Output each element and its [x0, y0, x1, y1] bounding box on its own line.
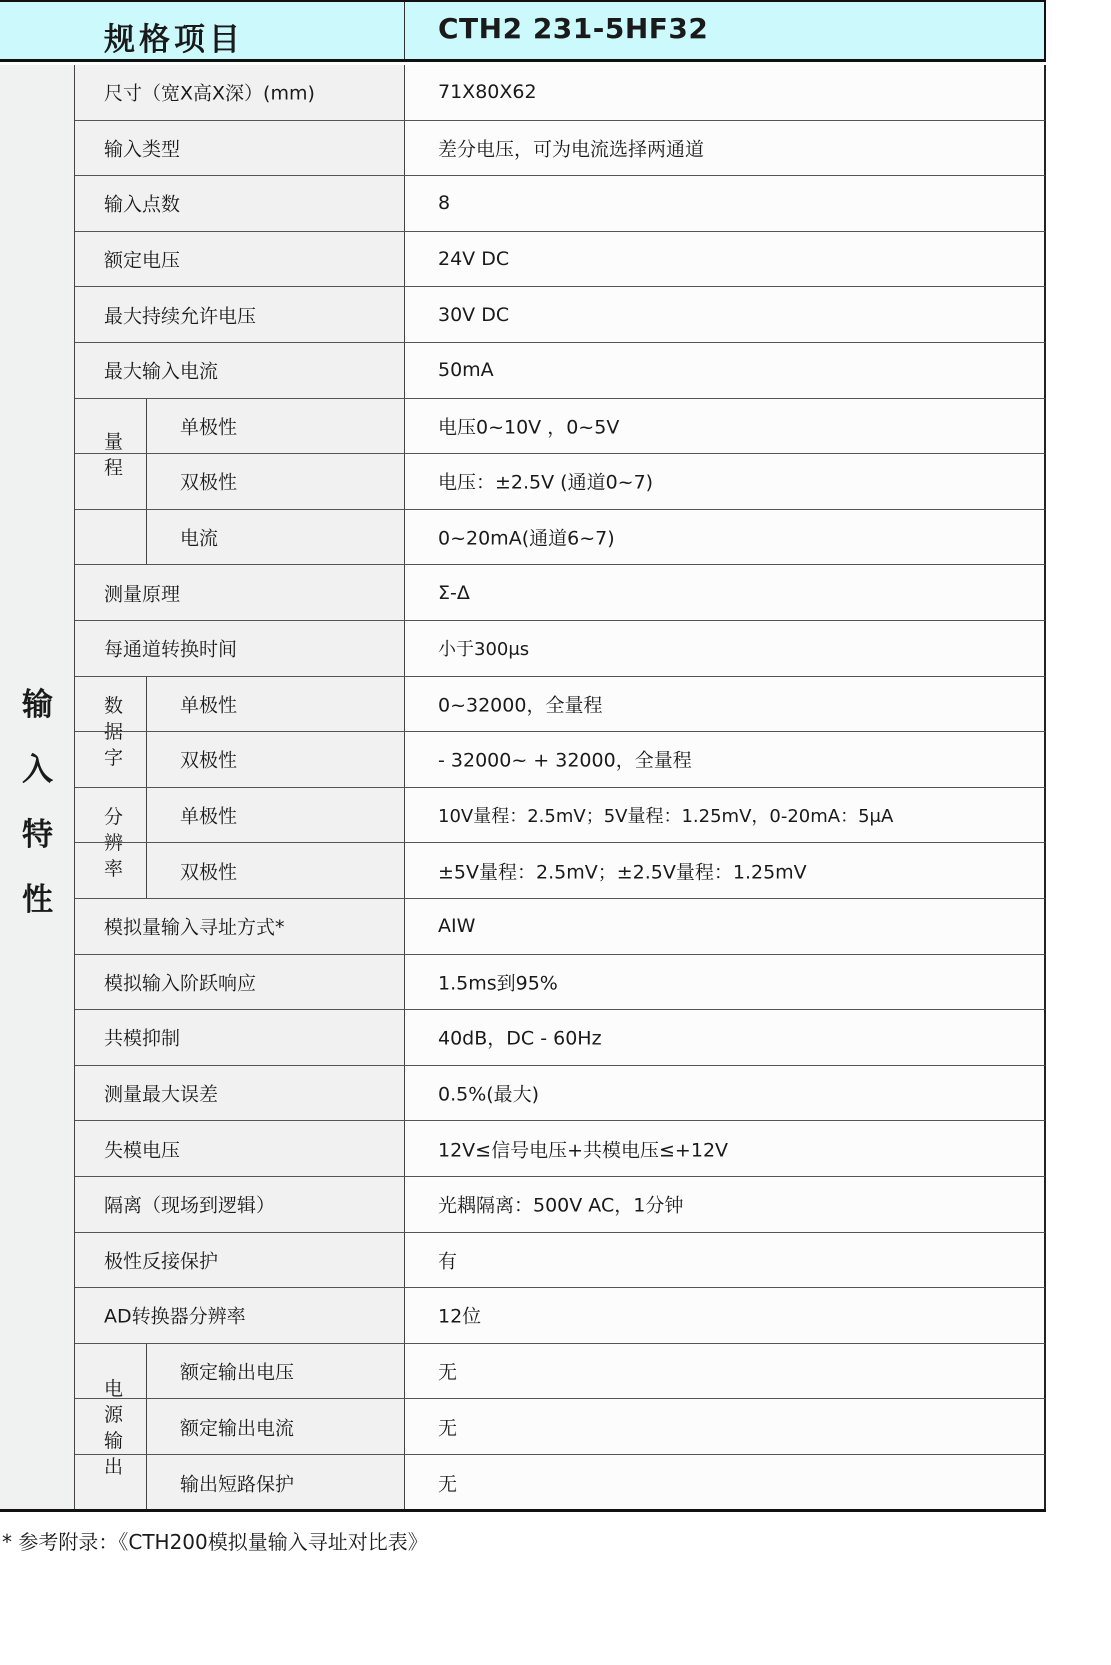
spec-value: 光耦隔离：500V AC，1分钟: [438, 1191, 683, 1218]
spec-value: 50mA: [438, 359, 494, 381]
spec-row-range-unipolar: 单极性 电压0~10V ，0~5V: [75, 399, 1046, 455]
group-input-characteristics: 输 入 特 性: [0, 65, 75, 1510]
spec-value: 71X80X62: [438, 81, 537, 103]
spec-value: 8: [438, 192, 450, 214]
spec-label: 最大输入电流: [104, 357, 218, 384]
spec-value: 12V≤信号电压+共模电压≤+12V: [438, 1135, 728, 1162]
spec-row-adc-resolution: AD转换器分辨率 12位: [75, 1288, 1046, 1344]
spec-label: 尺寸（宽X高X深）(mm): [104, 79, 315, 106]
spec-row-range-bipolar: 双极性 电压：±2.5V (通道0~7): [75, 454, 1046, 510]
spec-label: 输出短路保护: [180, 1469, 294, 1496]
spec-value: 有: [438, 1246, 457, 1273]
spec-value: Σ-Δ: [438, 582, 470, 604]
spec-value: 40dB，DC - 60Hz: [438, 1024, 602, 1051]
spec-row-input-points: 输入点数 8: [75, 176, 1046, 232]
spec-value: 12位: [438, 1302, 481, 1329]
spec-row-measurement-principle: 测量原理 Σ-Δ: [75, 565, 1046, 621]
spec-row-rated-output-voltage: 额定输出电压 无: [75, 1344, 1046, 1400]
spec-label: AD转换器分辨率: [104, 1302, 246, 1329]
spec-value: AIW: [438, 915, 475, 937]
spec-row-range-current: 电流 0~20mA(通道6~7): [75, 510, 1046, 566]
spec-value: 0.5%(最大): [438, 1080, 539, 1107]
spec-label: 每通道转换时间: [104, 635, 237, 662]
group-label-char: 特: [0, 803, 75, 868]
spec-row-max-error: 测量最大误差 0.5%(最大): [75, 1066, 1046, 1122]
spec-row-rated-output-current: 额定输出电流 无: [75, 1399, 1046, 1455]
spec-row-input-type: 输入类型 差分电压，可为电流选择两通道: [75, 121, 1046, 177]
spec-row-conversion-time: 每通道转换时间 小于300μs: [75, 621, 1046, 677]
spec-value: 30V DC: [438, 304, 509, 326]
spec-row-rated-voltage: 额定电压 24V DC: [75, 232, 1046, 288]
footnote: * 参考附录：《CTH200模拟量输入寻址对比表》: [2, 1526, 428, 1555]
spec-label: 额定输出电压: [180, 1358, 294, 1385]
spec-label: 测量最大误差: [104, 1080, 218, 1107]
spec-row-common-mode-rejection: 共模抑制 40dB，DC - 60Hz: [75, 1010, 1046, 1066]
group-label: 输 入 特 性: [0, 673, 75, 933]
spec-value: 电压0~10V ，0~5V: [438, 412, 619, 439]
spec-value: 24V DC: [438, 248, 509, 270]
spec-row-isolation: 隔离（现场到逻辑） 光耦隔离：500V AC，1分钟: [75, 1177, 1046, 1233]
spec-value: 无: [438, 1358, 457, 1385]
group-label-char: 性: [0, 868, 75, 933]
spec-label: 测量原理: [104, 579, 180, 606]
spec-value: 无: [438, 1413, 457, 1440]
spec-value: 差分电压，可为电流选择两通道: [438, 134, 704, 161]
spec-value: 无: [438, 1469, 457, 1496]
spec-value: 0~32000，全量程: [438, 690, 602, 717]
spec-row-resolution-bipolar: 双极性 ±5V量程：2.5mV；±2.5V量程：1.25mV: [75, 843, 1046, 899]
spec-label: 电流: [180, 524, 218, 551]
spec-label: 额定输出电流: [180, 1413, 294, 1440]
table-bottom-rule: [0, 1509, 1046, 1512]
header-model-label: CTH2 231-5HF32: [438, 12, 708, 45]
spec-label: 输入类型: [104, 134, 180, 161]
spec-value: ±5V量程：2.5mV；±2.5V量程：1.25mV: [438, 857, 807, 884]
spec-value: - 32000~ + 32000，全量程: [438, 746, 692, 773]
spec-row-dimensions: 尺寸（宽X高X深）(mm) 71X80X62: [75, 65, 1046, 121]
spec-label: 模拟量输入寻址方式*: [104, 913, 285, 940]
spec-row-short-circuit-protection: 输出短路保护 无: [75, 1455, 1046, 1511]
header-item-label: 规格项目: [104, 14, 244, 59]
spec-value: 10V量程：2.5mV；5V量程：1.25mV，0-20mA：5μA: [438, 802, 893, 828]
group-label-char: 输: [0, 673, 75, 738]
table-header: 规格项目 CTH2 231-5HF32: [0, 0, 1046, 62]
spec-row-resolution-unipolar: 单极性 10V量程：2.5mV；5V量程：1.25mV，0-20mA：5μA: [75, 788, 1046, 844]
spec-label: 双极性: [180, 857, 237, 884]
spec-row-reverse-polarity: 极性反接保护 有: [75, 1233, 1046, 1289]
header-item-column: 规格项目: [0, 2, 405, 59]
spec-label: 极性反接保护: [104, 1246, 218, 1273]
spec-label: 输入点数: [104, 190, 180, 217]
spec-row-common-mode-voltage: 失模电压 12V≤信号电压+共模电压≤+12V: [75, 1121, 1046, 1177]
group-label-char: 入: [0, 738, 75, 803]
spec-row-max-continuous-voltage: 最大持续允许电压 30V DC: [75, 287, 1046, 343]
spec-value: 1.5ms到95%: [438, 968, 558, 995]
spec-label: 失模电压: [104, 1135, 180, 1162]
spec-value: 0~20mA(通道6~7): [438, 524, 615, 551]
spec-label: 最大持续允许电压: [104, 301, 256, 328]
spec-value: 电压：±2.5V (通道0~7): [438, 468, 653, 495]
spec-label: 隔离（现场到逻辑）: [104, 1191, 275, 1218]
spec-label: 共模抑制: [104, 1024, 180, 1051]
spec-label: 双极性: [180, 746, 237, 773]
spec-label: 双极性: [180, 468, 237, 495]
spec-row-addressing-mode: 模拟量输入寻址方式* AIW: [75, 899, 1046, 955]
spec-label: 单极性: [180, 690, 237, 717]
spec-value: 小于300μs: [438, 635, 529, 661]
spec-label: 单极性: [180, 802, 237, 829]
spec-row-max-input-current: 最大输入电流 50mA: [75, 343, 1046, 399]
spec-label: 模拟输入阶跃响应: [104, 968, 256, 995]
spec-label: 单极性: [180, 412, 237, 439]
spec-row-step-response: 模拟输入阶跃响应 1.5ms到95%: [75, 955, 1046, 1011]
spec-row-dataword-unipolar: 单极性 0~32000，全量程: [75, 677, 1046, 733]
spec-label: 额定电压: [104, 246, 180, 273]
spec-row-dataword-bipolar: 双极性 - 32000~ + 32000，全量程: [75, 732, 1046, 788]
